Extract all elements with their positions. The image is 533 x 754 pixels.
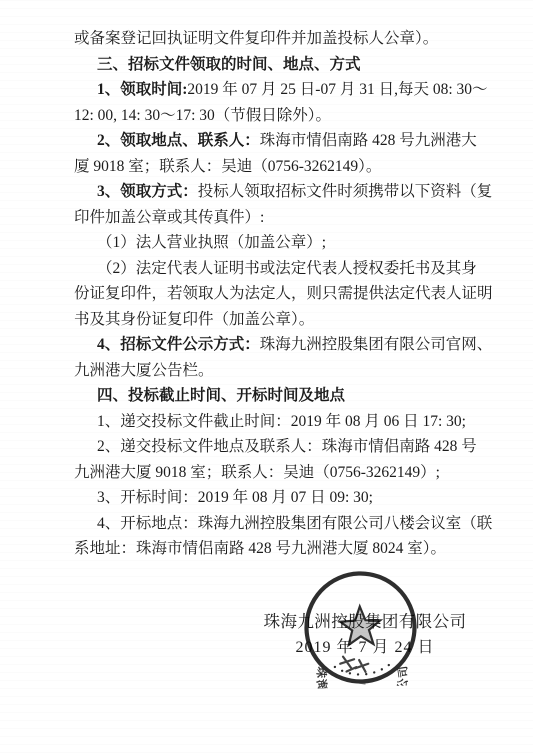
company-seal-icon: 珠海九洲控股集团有限公司 [299,566,422,689]
document-line: 3、领取方式：投标人领取招标文件时须携带以下资料（复 [74,179,476,205]
document-line: 1、递交投标文件截止时间：2019 年 08 月 06 日 17: 30; [74,409,476,435]
document-line: 或备案登记回执证明文件复印件并加盖投标人公章）。 [74,26,476,52]
document-page: 或备案登记回执证明文件复印件并加盖投标人公章）。三、招标文件领取的时间、地点、方… [0,0,533,754]
document-line: 九洲港大厦公告栏。 [74,358,476,384]
document-line: 4、开标地点：珠海九洲控股集团有限公司八楼会议室（联 [74,511,476,537]
document-line: 2、递交投标文件地点及联系人：珠海市情侣南路 428 号 [74,434,476,460]
text-segment: （2）法定代表人证明书或法定代表人授权委托书及其身 [97,260,477,277]
text-segment: 三、招标文件领取的时间、地点、方式 [97,56,361,73]
text-segment: 九洲港大厦公告栏。 [74,362,214,379]
document-line: 书及其身份证复印件（加盖公章）。 [74,307,476,333]
text-segment: 1、领取时间: [97,81,187,98]
text-segment: 3、开标时间：2019 年 08 月 07 日 09: 30; [97,489,373,506]
document-line: 印件加盖公章或其传真件）: [74,205,476,231]
text-segment: 3、领取方式： [97,183,198,200]
text-segment: 2、递交投标文件地点及联系人：珠海市情侣南路 428 号 [97,438,477,455]
text-segment: 珠海九洲控股集团有限公司官网、 [260,336,493,353]
text-segment: 2、领取地点、联系人： [97,132,260,149]
text-segment: 份证复印件，若领取人为法定人，则只需提供法定代表人证明 [74,285,493,302]
document-line: 九洲港大厦 9018 室；联系人：吴迪（0756-3262149）; [74,460,476,486]
text-segment: 4、开标地点：珠海九洲控股集团有限公司八楼会议室（联 [97,515,492,532]
text-segment: 印件加盖公章或其传真件）: [74,209,264,226]
text-segment: 4、招标文件公示方式： [97,336,260,353]
text-segment: 系地址：珠海市情侣南路 428 号九洲港大厦 8024 室）。 [74,540,446,557]
document-line: 1、领取时间:2019 年 07 月 25 日-07 月 31 日,每天 08:… [74,77,476,103]
document-line: （2）法定代表人证明书或法定代表人授权委托书及其身 [74,256,476,282]
text-segment: 珠海市情侣南路 428 号九洲港大 [260,132,477,149]
document-line: （1）法人营业执照（加盖公章）; [74,230,476,256]
text-segment: 九洲港大厦 9018 室；联系人：吴迪（0756-3262149）; [74,464,440,481]
document-line: 厦 9018 室；联系人：吴迪（0756-3262149）。 [74,154,476,180]
text-segment: 投标人领取招标文件时须携带以下资料（复 [198,183,493,200]
text-segment: 1、递交投标文件截止时间：2019 年 08 月 06 日 17: 30; [97,413,466,430]
document-line: 四、投标截止时间、开标时间及地点 [74,383,476,409]
document-line: 份证复印件，若领取人为法定人，则只需提供法定代表人证明 [74,281,476,307]
seal-star-icon [340,606,381,645]
document-line: 系地址：珠海市情侣南路 428 号九洲港大厦 8024 室）。 [74,536,476,562]
document-body: 或备案登记回执证明文件复印件并加盖投标人公章）。三、招标文件领取的时间、地点、方… [74,26,476,562]
document-line: 三、招标文件领取的时间、地点、方式 [74,52,476,78]
text-segment: 12: 00, 14: 30～17: 30（节假日除外）。 [74,107,331,124]
document-line: 2、领取地点、联系人：珠海市情侣南路 428 号九洲港大 [74,128,476,154]
text-segment: 四、投标截止时间、开标时间及地点 [97,387,345,404]
text-segment: 厦 9018 室；联系人：吴迪（0756-3262149）。 [74,158,381,175]
text-segment: 书及其身份证复印件（加盖公章）。 [74,311,314,328]
text-segment: 或备案登记回执证明文件复印件并加盖投标人公章）。 [74,30,438,47]
text-segment: 2019 年 07 月 25 日-07 月 31 日,每天 08: 30～ [187,81,487,98]
document-line: 4、招标文件公示方式：珠海九洲控股集团有限公司官网、 [74,332,476,358]
document-line: 12: 00, 14: 30～17: 30（节假日除外）。 [74,103,476,129]
document-line: 3、开标时间：2019 年 08 月 07 日 09: 30; [74,485,476,511]
text-segment: （1）法人营业执照（加盖公章）; [97,234,326,251]
